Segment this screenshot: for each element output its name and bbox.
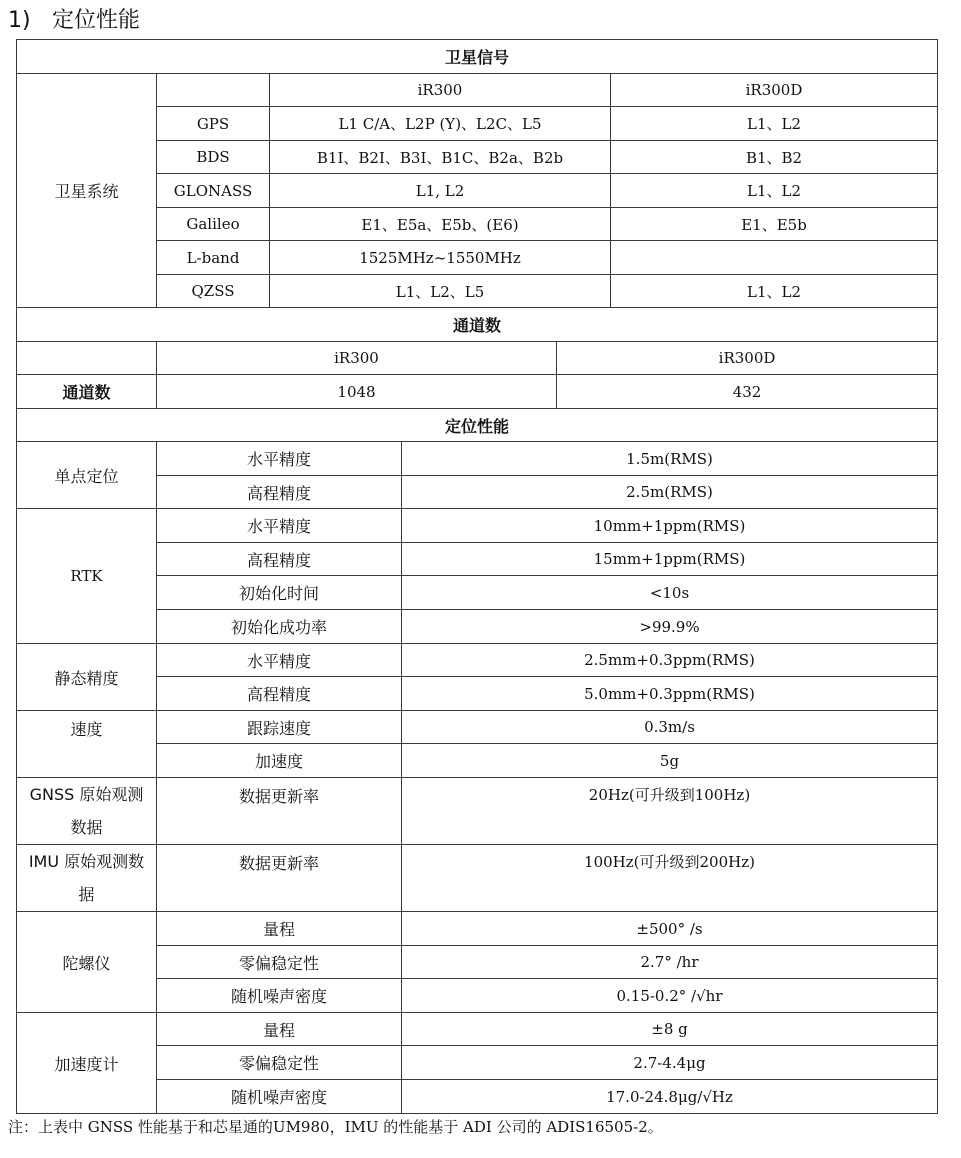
row-label-channels: 通道数 [17,375,157,409]
item-value: 15mm+1ppm(RMS) [402,543,938,576]
table-row: 速度 跟踪速度 0.3m/s [17,711,938,744]
item-name: 随机噪声密度 [157,1080,402,1114]
item-name: 零偏稳定性 [157,946,402,979]
positioning-performance-table: 定位性能 单点定位 水平精度 1.5m(RMS) 高程精度 2.5m(RMS) … [16,408,938,1114]
ir300-channels: 1048 [157,375,557,409]
ir300-value: E1、E5a、E5b、(E6) [270,208,611,241]
item-value: 2.7-4.4μg [402,1046,938,1080]
system-name: Galileo [157,208,270,241]
ir300-value: L1, L2 [270,174,611,208]
table-row: RTK 水平精度 10mm+1ppm(RMS) [17,509,938,543]
column-header-empty [157,74,270,107]
item-value: 5.0mm+0.3ppm(RMS) [402,677,938,711]
table-row: 通道数 1048 432 [17,375,938,409]
item-name: 加速度 [157,744,402,778]
table-row: GNSS 原始观测数据 数据更新率 20Hz(可升级到100Hz) [17,778,938,845]
item-name: 初始化时间 [157,576,402,610]
item-value: 1.5m(RMS) [402,442,938,476]
item-name: 随机噪声密度 [157,979,402,1013]
system-name: GLONASS [157,174,270,208]
item-value: 10mm+1ppm(RMS) [402,509,938,543]
item-name: 数据更新率 [157,778,402,845]
group-label-rtk: RTK [17,509,157,644]
ir300d-value: L1、L2 [611,107,938,141]
item-name: 跟踪速度 [157,711,402,744]
item-name: 初始化成功率 [157,610,402,644]
heading-number: 1) [8,6,52,36]
item-value: 100Hz(可升级到200Hz) [402,845,938,912]
system-name: GPS [157,107,270,141]
item-value: 0.3m/s [402,711,938,744]
table-row: 静态精度 水平精度 2.5mm+0.3ppm(RMS) [17,644,938,677]
group-label-single-point: 单点定位 [17,442,157,509]
section-heading: 1)定位性能 [8,6,140,36]
table-row: IMU 原始观测数据 数据更新率 100Hz(可升级到200Hz) [17,845,938,912]
ir300-value: B1I、B2I、B3I、B1C、B2a、B2b [270,141,611,174]
item-name: 水平精度 [157,509,402,543]
ir300-value: L1、L2、L5 [270,275,611,308]
section-title-satellite: 卫星信号 [17,40,938,74]
item-value: ±500° /s [402,912,938,946]
item-value: 2.5m(RMS) [402,476,938,509]
group-label-static-accuracy: 静态精度 [17,644,157,711]
item-value: 2.5mm+0.3ppm(RMS) [402,644,938,677]
system-name: BDS [157,141,270,174]
item-value: 2.7° /hr [402,946,938,979]
channels-table: 通道数 iR300 iR300D 通道数 1048 432 [16,307,938,409]
ir300d-channels: 432 [557,375,938,409]
item-name: 量程 [157,912,402,946]
column-header-ir300d: iR300D [557,342,938,375]
item-name: 量程 [157,1013,402,1046]
item-value: 17.0-24.8μg/√Hz [402,1080,938,1114]
ir300-value: 1525MHz~1550MHz [270,241,611,275]
group-label-accelerometer: 加速度计 [17,1013,157,1114]
table-row: 单点定位 水平精度 1.5m(RMS) [17,442,938,476]
item-value: 5g [402,744,938,778]
section-title-channels: 通道数 [17,308,938,342]
column-header-ir300: iR300 [157,342,557,375]
footnote: 注：上表中 GNSS 性能基于和芯星通的UM980，IMU 的性能基于 ADI … [8,1115,663,1139]
column-header-ir300: iR300 [270,74,611,107]
group-label-gyroscope: 陀螺仪 [17,912,157,1013]
ir300d-value: B1、B2 [611,141,938,174]
table-row: 加速度计 量程 ±8 g [17,1013,938,1046]
group-label-imu-raw-data: IMU 原始观测数据 [17,845,157,912]
ir300d-value: E1、E5b [611,208,938,241]
group-label-velocity: 速度 [17,711,157,778]
group-label-satellite-system: 卫星系统 [17,74,157,308]
item-value: <10s [402,576,938,610]
item-value: ±8 g [402,1013,938,1046]
table-row: 陀螺仪 量程 ±500° /s [17,912,938,946]
item-name: 水平精度 [157,442,402,476]
ir300d-value [611,241,938,275]
item-value: 20Hz(可升级到100Hz) [402,778,938,845]
ir300d-value: L1、L2 [611,275,938,308]
item-name: 高程精度 [157,677,402,711]
item-name: 水平精度 [157,644,402,677]
system-name: QZSS [157,275,270,308]
item-name: 高程精度 [157,476,402,509]
column-header-ir300d: iR300D [611,74,938,107]
column-header-empty [17,342,157,375]
item-name: 高程精度 [157,543,402,576]
section-title-positioning: 定位性能 [17,409,938,442]
system-name: L-band [157,241,270,275]
item-value: 0.15-0.2° /√hr [402,979,938,1013]
item-name: 零偏稳定性 [157,1046,402,1080]
ir300d-value: L1、L2 [611,174,938,208]
satellite-signal-table: 卫星信号 卫星系统 iR300 iR300D GPS L1 C/A、L2P (Y… [16,39,938,308]
item-name: 数据更新率 [157,845,402,912]
heading-title: 定位性能 [52,8,140,33]
group-label-gnss-raw-data: GNSS 原始观测数据 [17,778,157,845]
ir300-value: L1 C/A、L2P (Y)、L2C、L5 [270,107,611,141]
item-value: >99.9% [402,610,938,644]
